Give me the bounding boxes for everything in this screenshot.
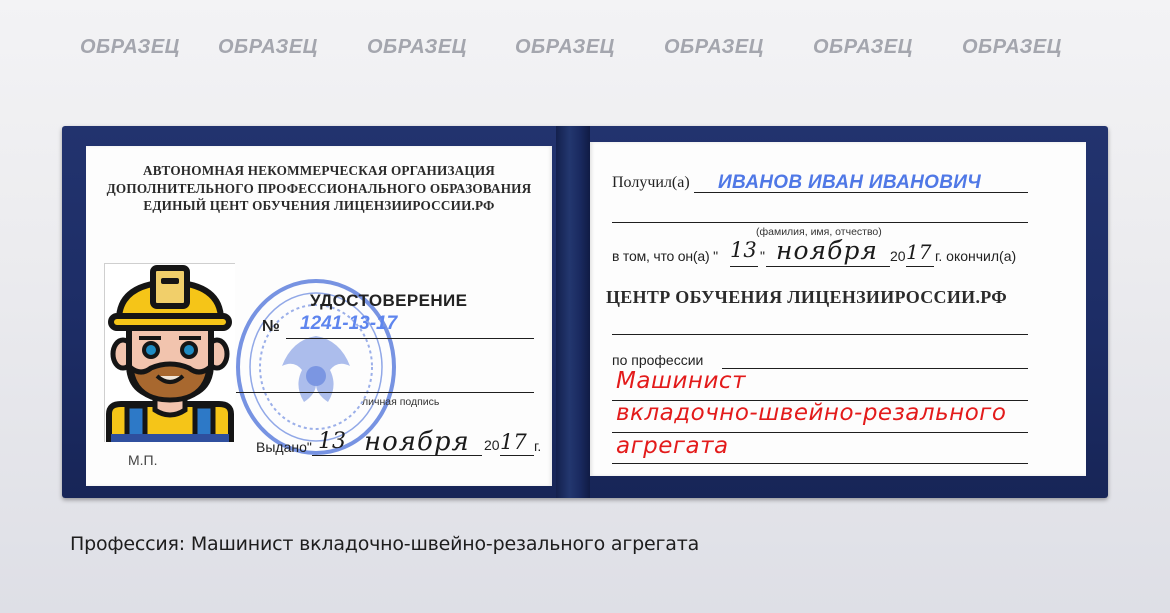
- certificate-title: УДОСТОВЕРЕНИЕ: [310, 291, 467, 311]
- recipient-second-line: [612, 222, 1028, 223]
- training-center-name: ЦЕНТР ОБУЧЕНИЯ ЛИЦЕНЗИИРОССИИ.РФ: [606, 287, 1007, 308]
- number-underline: [286, 338, 534, 339]
- recipient-underline: [694, 192, 1028, 193]
- watermark-text: ОБРАЗЕЦ: [218, 36, 318, 59]
- certificate-number: 1241-13-17: [300, 313, 397, 335]
- org-header-line: АВТОНОМНАЯ НЕКОММЕРЧЕСКАЯ ОРГАНИЗАЦИЯ: [86, 162, 552, 180]
- watermark-row: ОБРАЗЕЦ ОБРАЗЕЦ ОБРАЗЕЦ ОБРАЗЕЦ ОБРАЗЕЦ …: [0, 36, 1170, 66]
- graduation-day: 13: [730, 238, 757, 262]
- construction-worker-avatar-icon: [105, 264, 235, 442]
- graduation-day-underline: [730, 266, 758, 267]
- certificate-spine: [556, 126, 590, 498]
- org-header-line: ДОПОЛНИТЕЛЬНОГО ПРОФЕССИОНАЛЬНОГО ОБРАЗО…: [86, 180, 552, 198]
- issued-month: ноября: [364, 427, 470, 457]
- profession-line: вкладочно-швейно-резального: [616, 400, 1006, 426]
- graduation-suffix: г. окончил(а): [935, 248, 1016, 264]
- signature-line: [236, 392, 534, 393]
- profession-caption: Профессия: Машинист вкладочно-швейно-рез…: [70, 533, 699, 555]
- graduation-year-underline: [906, 266, 934, 267]
- profession-underline: [722, 368, 1028, 369]
- issued-year: 17: [500, 430, 527, 454]
- watermark-text: ОБРАЗЕЦ: [813, 36, 913, 59]
- signature-caption: личная подпись: [362, 396, 439, 408]
- certificate-right-page: Получил(а) ИВАНОВ ИВАН ИВАНОВИЧ (фамилия…: [590, 142, 1086, 476]
- watermark-text: ОБРАЗЕЦ: [367, 36, 467, 59]
- graduation-month-underline: [766, 266, 890, 267]
- profession-line: агрегата: [616, 433, 729, 459]
- certificate-left-page: АВТОНОМНАЯ НЕКОММЕРЧЕСКАЯ ОРГАНИЗАЦИЯ ДО…: [86, 146, 552, 486]
- watermark-text: ОБРАЗЕЦ: [664, 36, 764, 59]
- issued-year-underline: [500, 455, 534, 456]
- center-underline: [612, 334, 1028, 335]
- issued-year-prefix: 20: [484, 437, 500, 453]
- graduation-quote: ": [760, 248, 765, 264]
- graduation-month: ноября: [776, 236, 878, 265]
- watermark-text: ОБРАЗЕЦ: [962, 36, 1062, 59]
- recipient-name: ИВАНОВ ИВАН ИВАНОВИЧ: [718, 172, 981, 194]
- org-header-line: ЕДИНЫЙ ЦЕНТ ОБУЧЕНИЯ ЛИЦЕНЗИИРОССИИ.РФ: [86, 197, 552, 215]
- graduation-prefix: в том, что он(а) ": [612, 248, 718, 264]
- profession-line: Машинист: [616, 368, 746, 394]
- received-label: Получил(а): [612, 174, 690, 192]
- graduation-year-prefix: 20: [890, 248, 906, 264]
- issued-year-unit: г.: [534, 438, 541, 454]
- stamp-place-label: М.П.: [128, 452, 158, 468]
- profession-label: по профессии: [612, 352, 703, 368]
- issued-day: 13: [318, 429, 346, 454]
- organization-header: АВТОНОМНАЯ НЕКОММЕРЧЕСКАЯ ОРГАНИЗАЦИЯ ДО…: [86, 162, 552, 215]
- issued-label: Выдано": [256, 439, 312, 455]
- watermark-text: ОБРАЗЕЦ: [80, 36, 180, 59]
- watermark-text: ОБРАЗЕЦ: [515, 36, 615, 59]
- issued-date-underline: [312, 455, 482, 456]
- profession-underline: [612, 463, 1028, 464]
- graduation-year: 17: [906, 240, 931, 264]
- photo-placeholder: [104, 263, 235, 442]
- certificate-number-label: №: [262, 318, 280, 336]
